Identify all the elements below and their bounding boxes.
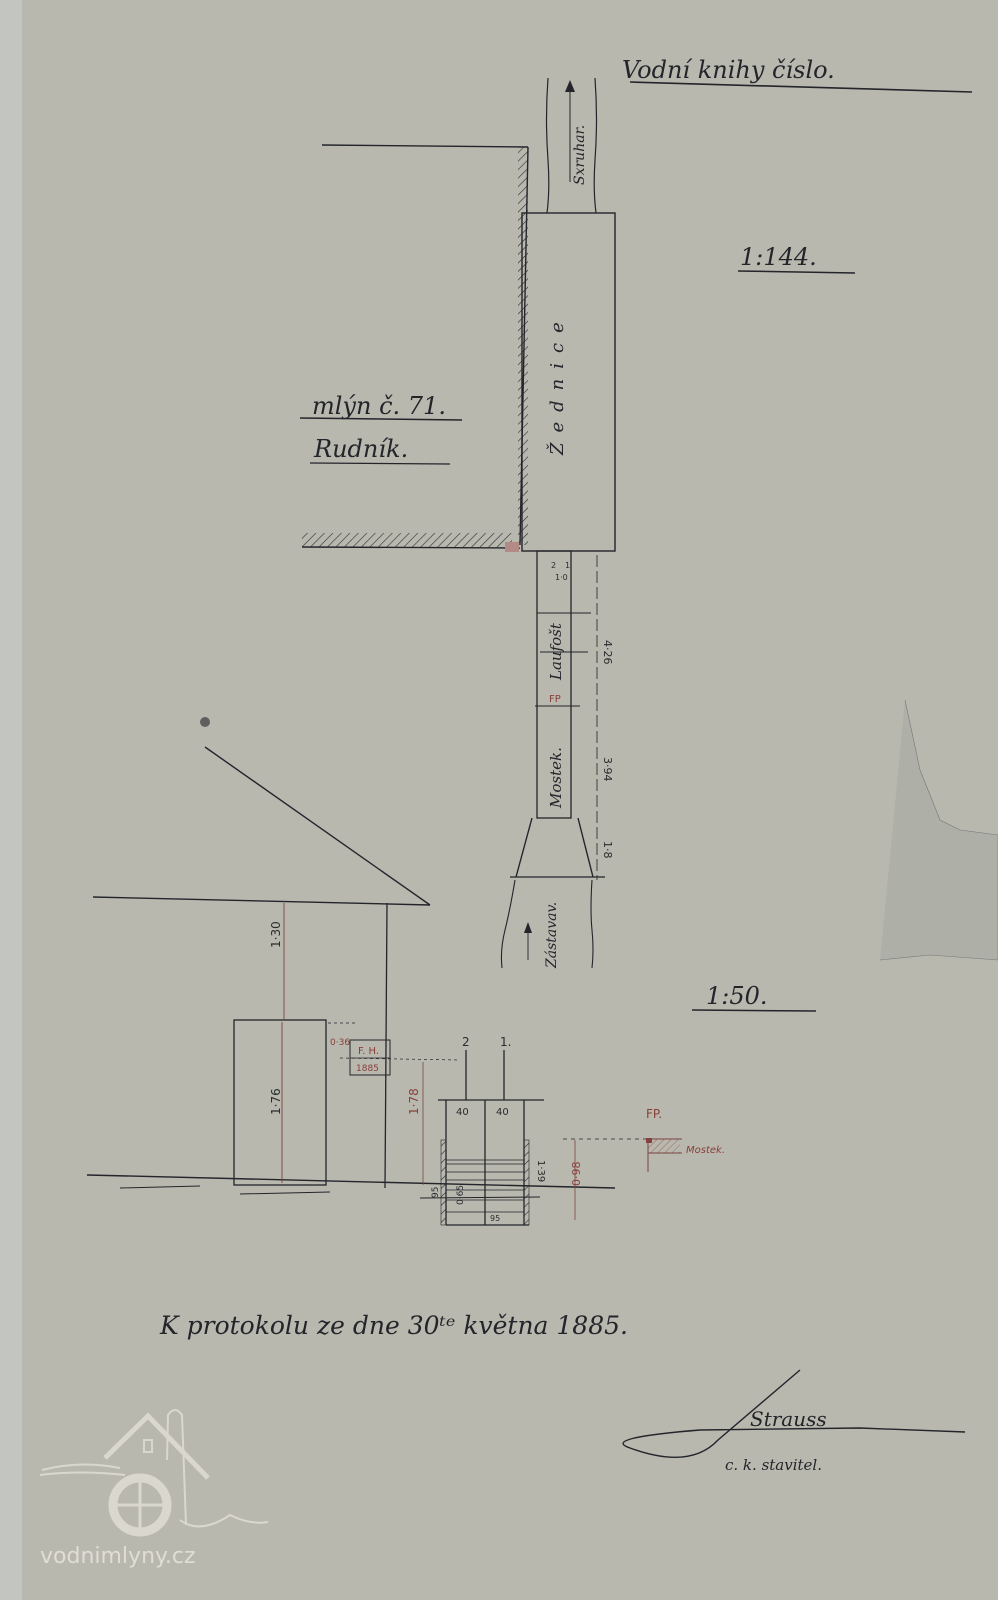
svg-text:Vodní knihy číslo.: Vodní knihy číslo. (622, 56, 835, 84)
mill-section (87, 747, 615, 1198)
svg-text:1·76: 1·76 (269, 1088, 283, 1115)
header-title: Vodní knihy číslo. (622, 56, 972, 92)
svg-text:1: 1 (565, 561, 570, 570)
svg-text:1885: 1885 (356, 1064, 379, 1074)
svg-text:c. k. stavitel.: c. k. stavitel. (725, 1456, 822, 1474)
svg-text:0·36: 0·36 (330, 1038, 350, 1048)
svg-text:1:144.: 1:144. (740, 243, 817, 271)
svg-text:mlýn č. 71.: mlýn č. 71. (312, 392, 446, 420)
svg-text:4·26: 4·26 (601, 640, 614, 665)
signature: Strauss c. k. stavitel. (623, 1370, 965, 1474)
svg-text:FP.: FP. (646, 1107, 662, 1121)
torn-edge (880, 700, 998, 960)
section-scale-label: 1:50. (692, 982, 816, 1011)
mill-building-wall (302, 145, 528, 552)
section-dimensions: 1·30 1·76 0·36 (269, 903, 460, 1183)
protocol-note: K protokolu ze dne 30ᵗᵉ května 1885. (159, 1311, 628, 1340)
svg-text:K protokolu ze dne 30ᵗᵉ května: K protokolu ze dne 30ᵗᵉ května 1885. (159, 1311, 628, 1340)
svg-text:95: 95 (431, 1187, 441, 1198)
svg-text:Laufošt: Laufošt (547, 622, 565, 681)
svg-text:Mostek.: Mostek. (547, 747, 565, 809)
watermark-text: vodnimlyny.cz (40, 1544, 196, 1569)
svg-text:3·94: 3·94 (601, 757, 614, 782)
svg-text:Sxruhar.: Sxruhar. (572, 125, 588, 185)
plan-dimension-line: 4·26 3·94 1·8 (597, 555, 614, 880)
svg-text:1.: 1. (500, 1035, 511, 1049)
svg-text:0·98: 0·98 (570, 1162, 583, 1187)
svg-text:Strauss: Strauss (750, 1407, 827, 1431)
benchmark-box: F. H. 1885 (350, 1040, 390, 1075)
ink-spot (200, 717, 210, 727)
svg-text:Zástavav.: Zástavav. (544, 902, 560, 969)
mill-label: mlýn č. 71. Rudník. (300, 392, 462, 464)
tank: Žednice (522, 213, 615, 551)
svg-text:1·78: 1·78 (407, 1088, 421, 1115)
svg-text:2: 2 (551, 561, 556, 570)
watermill-icon (40, 1410, 268, 1535)
upstream-channel: Sxruhar. (547, 78, 597, 213)
svg-text:FP: FP (549, 694, 561, 705)
water-height-dimension: 1·78 (407, 1062, 423, 1185)
svg-text:95: 95 (490, 1214, 500, 1223)
bridge: Mostek. (547, 747, 565, 809)
gate-section: 2 1. 40 40 1·39 0·65 95 95 (431, 1035, 546, 1225)
svg-text:1·39: 1·39 (535, 1160, 546, 1182)
svg-text:40: 40 (456, 1107, 469, 1118)
svg-text:1:50.: 1:50. (706, 982, 768, 1010)
svg-text:1·0: 1·0 (555, 573, 568, 582)
fp-height-dimension: 0·98 FP. Mostek. (563, 1107, 725, 1220)
svg-text:2: 2 (462, 1035, 470, 1049)
svg-text:1·8: 1·8 (601, 841, 614, 859)
technical-drawing: Vodní knihy číslo. 1:144. mlýn č. 71. Ru… (0, 0, 998, 1600)
svg-text:40: 40 (496, 1107, 509, 1118)
svg-text:Rudník.: Rudník. (313, 435, 408, 463)
downstream-channel: Zástavav. (501, 818, 605, 969)
svg-text:Mostek.: Mostek. (686, 1145, 725, 1156)
svg-text:Žednice: Žednice (545, 312, 568, 456)
svg-text:0·65: 0·65 (456, 1185, 466, 1205)
svg-text:F. H.: F. H. (358, 1046, 379, 1057)
plan-scale-label: 1:144. (738, 243, 855, 273)
svg-text:1·30: 1·30 (269, 921, 283, 948)
